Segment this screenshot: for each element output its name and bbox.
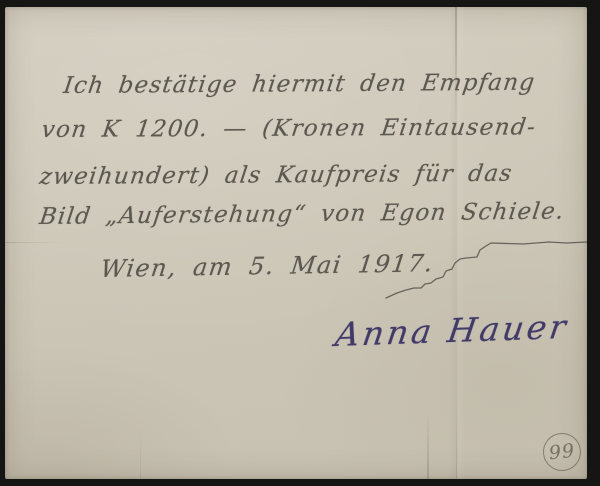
photo-background: Ich bestätige hiermit den Empfang von K … xyxy=(0,0,600,486)
receipt-line-4: Bild „Auferstehung“ von Egon Schiele. xyxy=(38,199,566,230)
receipt-paper: Ich bestätige hiermit den Empfang von K … xyxy=(5,7,587,479)
receipt-line-1: Ich bestätige hiermit den Empfang xyxy=(62,70,537,99)
receipt-dateline: Wien, am 5. Mai 1917. xyxy=(99,249,436,283)
circled-number-text: 99 xyxy=(548,440,576,465)
signature: Anna Hauer xyxy=(333,307,571,354)
receipt-line-3: zweihundert) als Kaufpreis für das xyxy=(38,161,514,190)
receipt-line-2: von K 1200. — (Kronen Eintausend- xyxy=(40,114,538,143)
